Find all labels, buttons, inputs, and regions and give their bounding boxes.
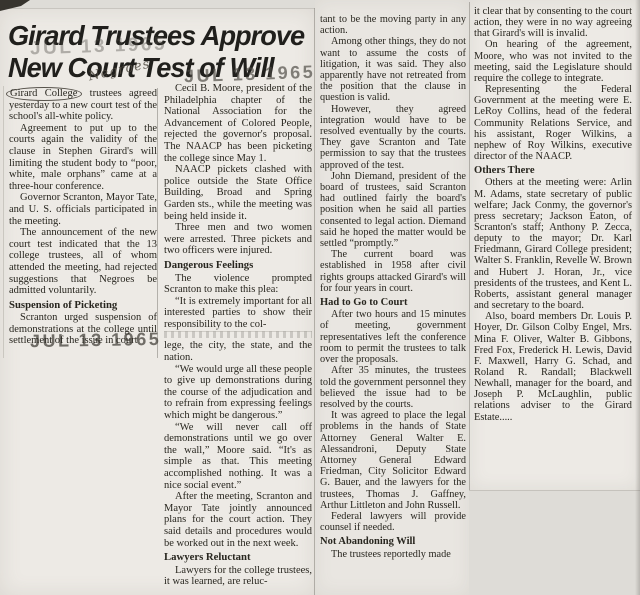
paragraph: After 35 minutes, the trustees told the … [320,365,466,410]
paragraph: Agreement to put up to the courts again … [9,123,157,193]
paragraph: On hearing of the agreement, Moore, who … [474,39,632,84]
paragraph: Representing the Federal Government at t… [474,84,632,162]
paragraph: The current board was established in 195… [320,249,466,294]
paragraph: John Diemand, president of the board of … [320,171,466,249]
paragraph: However, they agreed integration would h… [320,104,466,171]
column-rule-3 [469,2,470,490]
paragraph: Federal lawyers will provide counsel if … [320,511,466,533]
news-column-2: Cecil B. Moore, president of the Philade… [164,83,312,588]
paragraph: “We will never call off demonstrations u… [164,422,312,492]
paragraph: It was agreed to place the legal problem… [320,410,466,511]
news-column-4: it clear that by consenting to the court… [474,6,632,423]
paragraph: it clear that by consenting to the court… [474,6,632,39]
paragraph: tant to be the moving party in any actio… [320,14,466,36]
paragraph: Among other things, they do not want to … [320,36,466,103]
section-subhead: Lawyers Reluctant [164,552,312,564]
news-column-3: tant to be the moving party in any actio… [320,14,466,560]
clipping-left-edge [3,86,4,358]
section-subhead: Suspension of Picketing [9,300,157,312]
paragraph: Cecil B. Moore, president of the Philade… [164,83,312,164]
section-subhead: Dangerous Feelings [164,260,312,272]
section-subhead: Not Abandoning Will [320,536,466,547]
column-rule-2 [314,8,315,595]
circled-text: Girard College [6,87,82,101]
paragraph: NAACP pickets clashed with police outsid… [164,164,312,222]
section-subhead: Others There [474,165,632,176]
paragraph: After the meeting, Scranton and Mayor Ta… [164,491,312,549]
section-subhead: Had to Go to Court [320,297,466,308]
paragraph: “It is extremely important for all inter… [164,296,312,331]
paragraph: lege, the city, the state, and the natio… [164,340,312,363]
paragraph: After two hours and 15 minutes of meetin… [320,309,466,365]
column-rule-1 [157,88,158,358]
clipping-seam [164,331,312,338]
paragraph: Governor Scranton, Mayor Tate, and U. S.… [9,192,157,227]
paragraph: The violence prompted Scranton to make t… [164,273,312,296]
paragraph: Also, board members Dr. Louis P. Hoyer, … [474,311,632,423]
paragraph: Others at the meeting were: Arlin M. Ada… [474,177,632,311]
paragraph: Lawyers for the college trustees, it was… [164,565,312,588]
paragraph: The trustees reportedly made [320,549,466,560]
paragraph: “We would urge all these people to give … [164,364,312,422]
paragraph: Three men and two women were arrested. T… [164,222,312,257]
scan-edge-shadow [635,0,640,595]
news-column-1: Girard College trustees agreed yesterday… [9,88,157,347]
paragraph: The announcement of the new court test i… [9,227,157,297]
paragraph: Scranton urged suspension of demonstrati… [9,312,157,347]
paragraph: Girard College trustees agreed yesterday… [9,88,157,123]
